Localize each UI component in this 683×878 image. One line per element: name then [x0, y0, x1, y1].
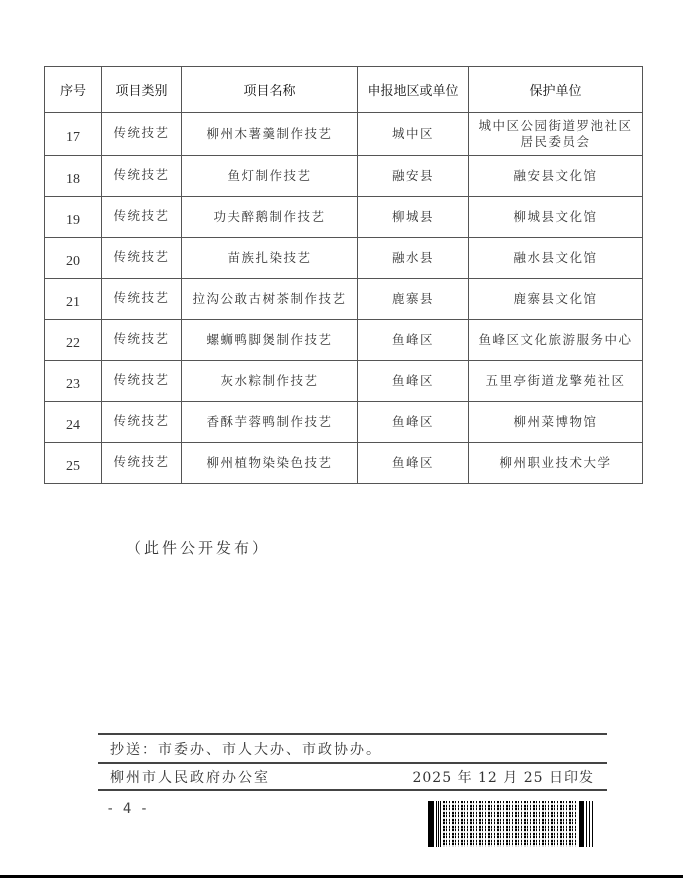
issue-date: 2025 年 12 月 25 日印发 [412, 767, 594, 787]
cell-project-name: 螺蛳鸭脚煲制作技艺 [182, 320, 358, 361]
cell-serial: 21 [45, 279, 102, 320]
cell-region: 鱼峰区 [358, 443, 469, 484]
table-row: 19 传统技艺 功夫醉鹅制作技艺 柳城县 柳城县文化馆 [45, 197, 643, 238]
publication-note: （此件公开发布） [126, 537, 270, 558]
cell-region: 鱼峰区 [358, 320, 469, 361]
table-row: 22 传统技艺 螺蛳鸭脚煲制作技艺 鱼峰区 鱼峰区文化旅游服务中心 [45, 320, 643, 361]
cell-region: 鱼峰区 [358, 402, 469, 443]
cell-category: 传统技艺 [102, 402, 182, 443]
cell-category: 传统技艺 [102, 361, 182, 402]
issuing-office: 柳州市人民政府办公室 [110, 767, 270, 787]
table-row: 21 传统技艺 拉沟公敢古树茶制作技艺 鹿寨县 鹿寨县文化馆 [45, 279, 643, 320]
cell-category: 传统技艺 [102, 320, 182, 361]
table-row: 20 传统技艺 苗族扎染技艺 融水县 融水县文化馆 [45, 238, 643, 279]
divider-middle [98, 762, 607, 764]
cell-protector: 鹿寨县文化馆 [469, 279, 643, 320]
divider-bottom [98, 789, 607, 791]
cell-serial: 20 [45, 238, 102, 279]
cell-category: 传统技艺 [102, 156, 182, 197]
cell-protector: 五里亭街道龙擎苑社区 [469, 361, 643, 402]
header-protector: 保护单位 [469, 67, 643, 113]
table-row: 17 传统技艺 柳州木薯羹制作技艺 城中区 城中区公园街道罗池社区居民委员会 [45, 113, 643, 156]
cell-project-name: 苗族扎染技艺 [182, 238, 358, 279]
cell-protector: 城中区公园街道罗池社区居民委员会 [469, 113, 643, 156]
cell-protector: 鱼峰区文化旅游服务中心 [469, 320, 643, 361]
cell-serial: 19 [45, 197, 102, 238]
cell-project-name: 灰水粽制作技艺 [182, 361, 358, 402]
cell-project-name: 功夫醉鹅制作技艺 [182, 197, 358, 238]
pdf417-barcode-icon [428, 801, 593, 847]
cell-region: 鱼峰区 [358, 361, 469, 402]
header-region: 申报地区或单位 [358, 67, 469, 113]
protector-line-1: 城中区公园街道罗池社区 [469, 118, 642, 134]
cell-region: 柳城县 [358, 197, 469, 238]
cell-protector: 柳城县文化馆 [469, 197, 643, 238]
cell-serial: 22 [45, 320, 102, 361]
cell-serial: 23 [45, 361, 102, 402]
divider-top [98, 733, 607, 735]
cell-category: 传统技艺 [102, 443, 182, 484]
protector-line-2: 居民委员会 [469, 134, 642, 150]
cell-category: 传统技艺 [102, 113, 182, 156]
cell-category: 传统技艺 [102, 238, 182, 279]
cell-serial: 17 [45, 113, 102, 156]
cell-protector: 柳州职业技术大学 [469, 443, 643, 484]
heritage-list-table: 序号 项目类别 项目名称 申报地区或单位 保护单位 17 传统技艺 柳州木薯羹制… [44, 66, 643, 484]
cell-project-name: 拉沟公敢古树茶制作技艺 [182, 279, 358, 320]
cell-serial: 25 [45, 443, 102, 484]
cell-region: 城中区 [358, 113, 469, 156]
table-row: 24 传统技艺 香酥芋蓉鸭制作技艺 鱼峰区 柳州菜博物馆 [45, 402, 643, 443]
table-row: 25 传统技艺 柳州植物染染色技艺 鱼峰区 柳州职业技术大学 [45, 443, 643, 484]
cell-category: 传统技艺 [102, 279, 182, 320]
cell-project-name: 香酥芋蓉鸭制作技艺 [182, 402, 358, 443]
page-number: - 4 - [106, 801, 148, 817]
cell-protector: 柳州菜博物馆 [469, 402, 643, 443]
cell-project-name: 鱼灯制作技艺 [182, 156, 358, 197]
cell-project-name: 柳州木薯羹制作技艺 [182, 113, 358, 156]
table-header-row: 序号 项目类别 项目名称 申报地区或单位 保护单位 [45, 67, 643, 113]
cell-serial: 24 [45, 402, 102, 443]
header-project-name: 项目名称 [182, 67, 358, 113]
header-serial: 序号 [45, 67, 102, 113]
cell-region: 鹿寨县 [358, 279, 469, 320]
barcode-start-pattern [428, 801, 441, 847]
cell-region: 融水县 [358, 238, 469, 279]
barcode-data-area [443, 801, 577, 847]
cell-protector: 融水县文化馆 [469, 238, 643, 279]
table-row: 23 传统技艺 灰水粽制作技艺 鱼峰区 五里亭街道龙擎苑社区 [45, 361, 643, 402]
cell-serial: 18 [45, 156, 102, 197]
cell-project-name: 柳州植物染染色技艺 [182, 443, 358, 484]
table-row: 18 传统技艺 鱼灯制作技艺 融安县 融安县文化馆 [45, 156, 643, 197]
cc-recipients: 抄送：市委办、市人大办、市政协办。 [110, 739, 382, 759]
cell-protector: 融安县文化馆 [469, 156, 643, 197]
cell-region: 融安县 [358, 156, 469, 197]
barcode-stop-pattern [579, 801, 593, 847]
cell-category: 传统技艺 [102, 197, 182, 238]
header-category: 项目类别 [102, 67, 182, 113]
